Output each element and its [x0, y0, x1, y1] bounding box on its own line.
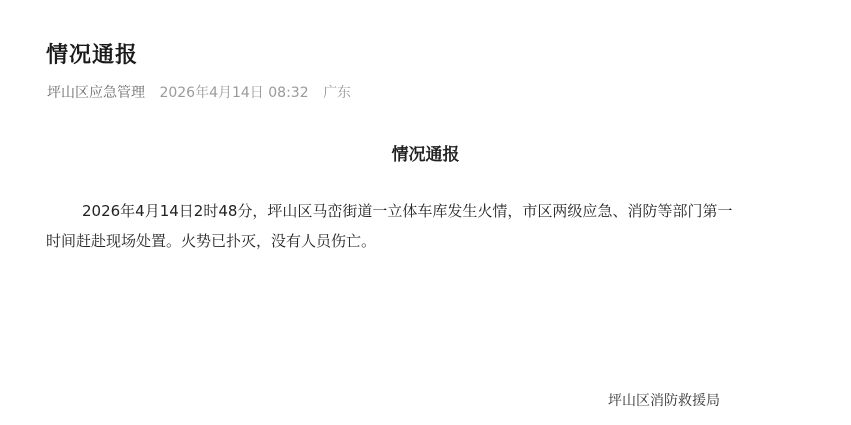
document-signature: 坪山区消防救援局 [608, 390, 720, 410]
body-paragraph: 2026年4月14日2时48分，坪山区马峦街道一立体车库发生火情，市区两级应急、… [46, 196, 746, 256]
article-title: 情况通报 [46, 38, 138, 69]
publish-datetime: 2026年4月14日 08:32 [159, 85, 308, 101]
author-link[interactable]: 坪山区应急管理 [47, 85, 145, 101]
article-meta: 坪山区应急管理 2026年4月14日 08:32 广东 [47, 82, 361, 102]
document-heading: 情况通报 [0, 140, 851, 165]
document-body: 2026年4月14日2时48分，坪山区马峦街道一立体车库发生火情，市区两级应急、… [46, 196, 746, 256]
publish-location: 广东 [323, 85, 351, 101]
